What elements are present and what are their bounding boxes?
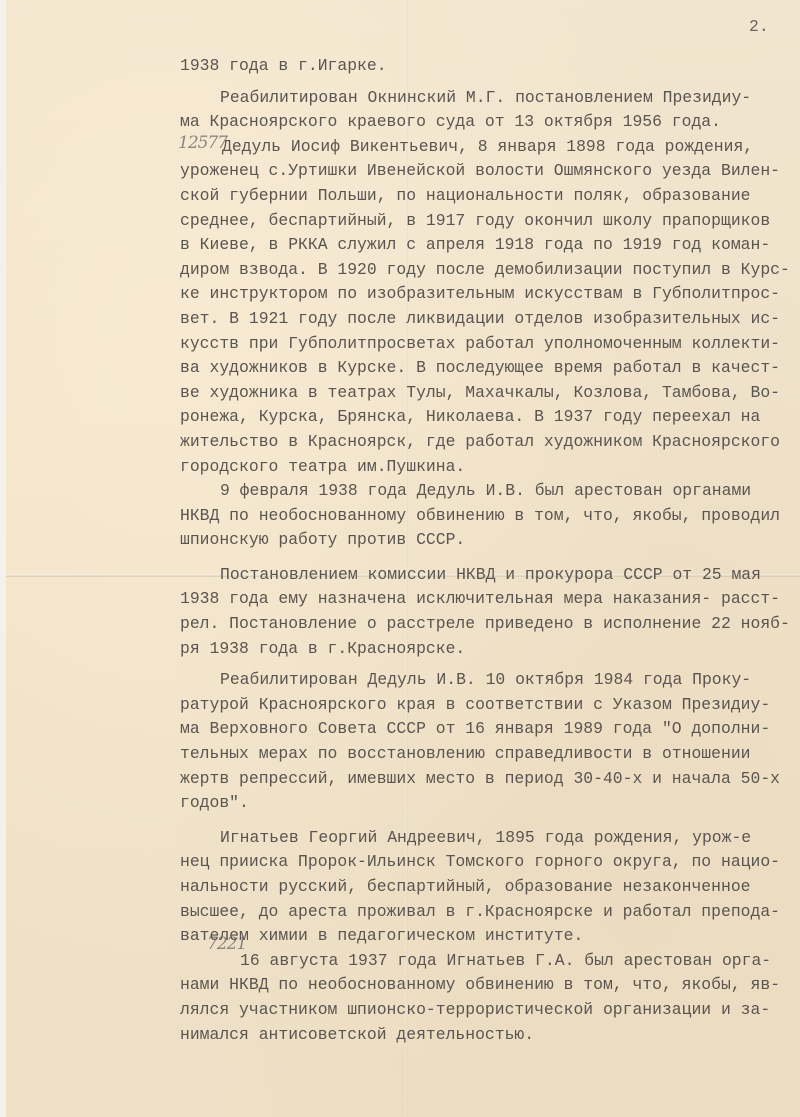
- text-line: тельных мерах по восстановлению справедл…: [180, 742, 800, 767]
- text-line: среднее, беспартийный, в 1917 году оконч…: [180, 209, 800, 234]
- text-line: ратурой Красноярского края в соответстви…: [180, 693, 800, 718]
- text-line: шпионскую работу против СССР.: [180, 528, 800, 553]
- text-line: 1938 года ему назначена исключительная м…: [180, 587, 800, 612]
- text-line: 1938 года в г.Игарке.: [180, 54, 800, 79]
- text-line: жительство в Красноярск, где работал худ…: [180, 430, 800, 455]
- paragraph-gap: [180, 661, 800, 668]
- text-line: в Киеве, в РККА служил с апреля 1918 год…: [180, 233, 800, 258]
- text-line: ронежа, Курска, Брянска, Николаева. В 19…: [180, 405, 800, 430]
- text-line: городского театра им.Пушкина.: [180, 455, 800, 480]
- paragraph-gap: [180, 79, 800, 86]
- text-line: ма Красноярского краевого суда от 13 окт…: [180, 110, 800, 135]
- text-line: годов".: [180, 791, 800, 816]
- text-line: высшее, до ареста проживал в г.Красноярс…: [180, 900, 800, 925]
- text-line: Реабилитирован Дедуль И.В. 10 октября 19…: [180, 668, 800, 693]
- text-line: Реабилитирован Окнинский М.Г. постановле…: [180, 86, 800, 111]
- text-line: ской губернии Польши, по национальности …: [180, 184, 800, 209]
- document-page: 2. 12577 7221 1938 года в г.Игарке. Реаб…: [6, 0, 800, 1117]
- text-line: 9 февраля 1938 года Дедуль И.В. был арес…: [180, 479, 800, 504]
- text-line: ве художника в театрах Тулы, Махачкалы, …: [180, 381, 800, 406]
- text-line: ва художников в Курске. В последующее вр…: [180, 356, 800, 381]
- text-line: рел. Постановление о расстреле приведено…: [180, 612, 800, 637]
- text-line: кусств при Губполитпросветах работал упо…: [180, 332, 800, 357]
- text-line: нец прииска Пророк-Ильинск Томского горн…: [180, 850, 800, 875]
- text-line: ке инструктором по изобразительным искус…: [180, 282, 800, 307]
- text-line: вет. В 1921 году после ликвидации отдело…: [180, 307, 800, 332]
- text-line: Игнатьев Георгий Андреевич, 1895 года ро…: [180, 826, 800, 851]
- text-line: нимался антисоветской деятельностью.: [180, 1023, 800, 1048]
- paragraph-gap: [180, 816, 800, 826]
- text-line: диром взвода. В 1920 году после демобили…: [180, 258, 800, 283]
- paragraph-gap: [180, 553, 800, 563]
- text-line: ря 1938 года в г.Красноярске.: [180, 637, 800, 662]
- text-line: нальности русский, беспартийный, образов…: [180, 875, 800, 900]
- text-line: 16 августа 1937 года Игнатьев Г.А. был а…: [180, 949, 800, 974]
- document-body: 1938 года в г.Игарке. Реабилитирован Окн…: [180, 54, 800, 1047]
- text-line: НКВД по необоснованному обвинению в том,…: [180, 504, 800, 529]
- page-number: 2.: [749, 17, 769, 36]
- text-line: лялся участником шпионско-террористическ…: [180, 998, 800, 1023]
- text-line: жертв репрессий, имевших место в период …: [180, 767, 800, 792]
- text-line: Постановлением комиссии НКВД и прокурора…: [180, 563, 800, 588]
- text-line: вателем химии в педагогическом институте…: [180, 924, 800, 949]
- text-line: нами НКВД по необоснованному обвинению в…: [180, 973, 800, 998]
- text-line: ма Верховного Совета СССР от 16 января 1…: [180, 717, 800, 742]
- text-line: Дедуль Иосиф Викентьевич, 8 января 1898 …: [180, 135, 800, 160]
- text-line: уроженец с.Уртишки Ивенейской волости Ош…: [180, 159, 800, 184]
